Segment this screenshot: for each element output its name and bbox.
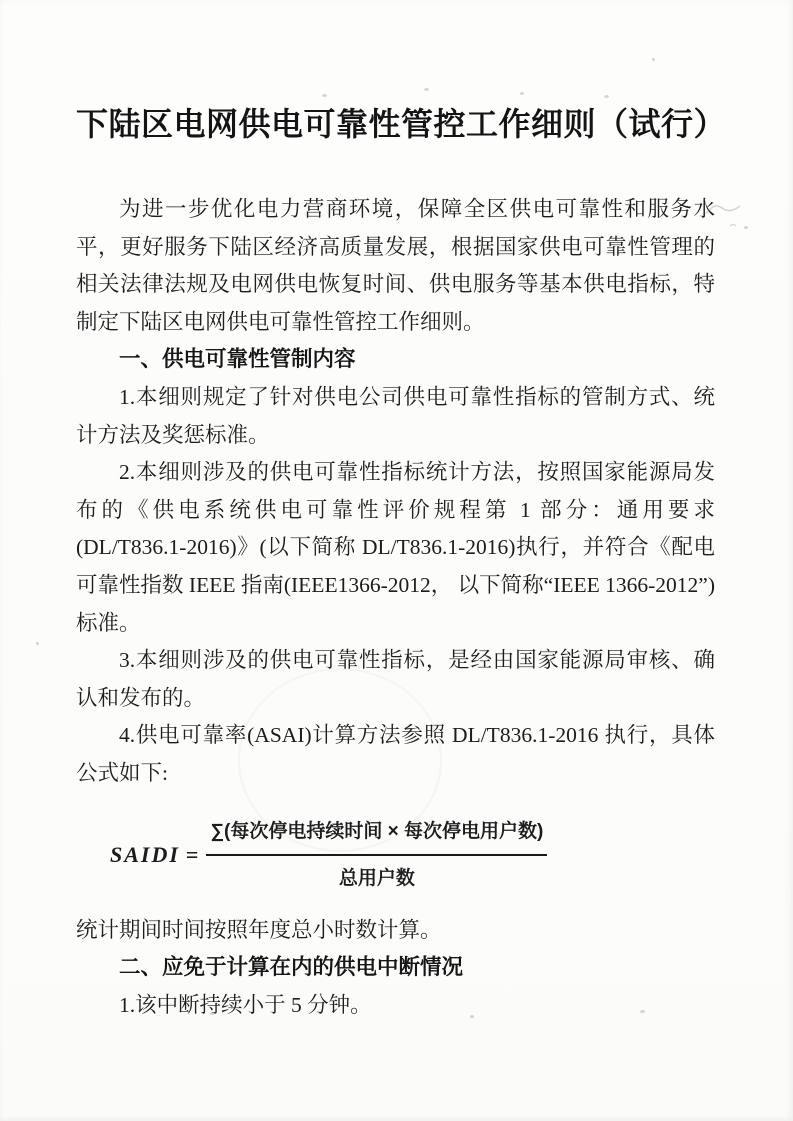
scan-speck (322, 94, 327, 97)
formula-note: 统计期间时间按照年度总小时数计算。 (76, 912, 715, 950)
scan-speck (604, 95, 609, 98)
intro-paragraph: 为进一步优化电力营商环境，保障全区供电可靠性和服务水平，更好服务下陆区经济高质量… (76, 191, 715, 341)
scan-speck (652, 58, 655, 61)
section1-item-2: 2.本细则涉及的供电可靠性指标统计方法，按照国家能源局发布的《供电系统供电可靠性… (76, 454, 715, 642)
section1-heading: 一、供电可靠性管制内容 (76, 341, 715, 379)
section2-item-1: 1.该中断持续小于 5 分钟。 (76, 987, 715, 1025)
scan-speck (520, 92, 524, 95)
document-title: 下陆区电网供电可靠性管控工作细则（试行） (76, 101, 715, 147)
scanned-document-page: 下陆区电网供电可靠性管控工作细则（试行） 为进一步优化电力营商环境，保障全区供电… (0, 0, 793, 1121)
document-body: 为进一步优化电力营商环境，保障全区供电可靠性和服务水平，更好服务下陆区经济高质量… (76, 191, 715, 1024)
scan-speck (424, 88, 429, 91)
scan-speck (36, 642, 39, 645)
formula-denominator: 总用户数 (339, 856, 415, 898)
formula-numerator: ∑(每次停电持续时间 × 每次停电用户数) (206, 813, 547, 857)
formula-lhs: SAIDI (110, 836, 180, 874)
section1-item-4: 4.供电可靠率(ASAI)计算方法参照 DL/T836.1-2016 执行，具体… (76, 717, 715, 792)
scan-speck (744, 226, 748, 229)
saidi-formula: SAIDI = ∑(每次停电持续时间 × 每次停电用户数) 总用户数 (110, 813, 715, 898)
section1-item-1: 1.本细则规定了针对供电公司供电可靠性指标的管制方式、统计方法及奖惩标准。 (76, 379, 715, 454)
formula-equals-sign: = (186, 836, 199, 874)
section1-item-3: 3.本细则涉及的供电可靠性指标，是经由国家能源局审核、确认和发布的。 (76, 642, 715, 717)
section2-heading: 二、应免于计算在内的供电中断情况 (76, 949, 715, 987)
formula-fraction: ∑(每次停电持续时间 × 每次停电用户数) 总用户数 (206, 813, 547, 898)
